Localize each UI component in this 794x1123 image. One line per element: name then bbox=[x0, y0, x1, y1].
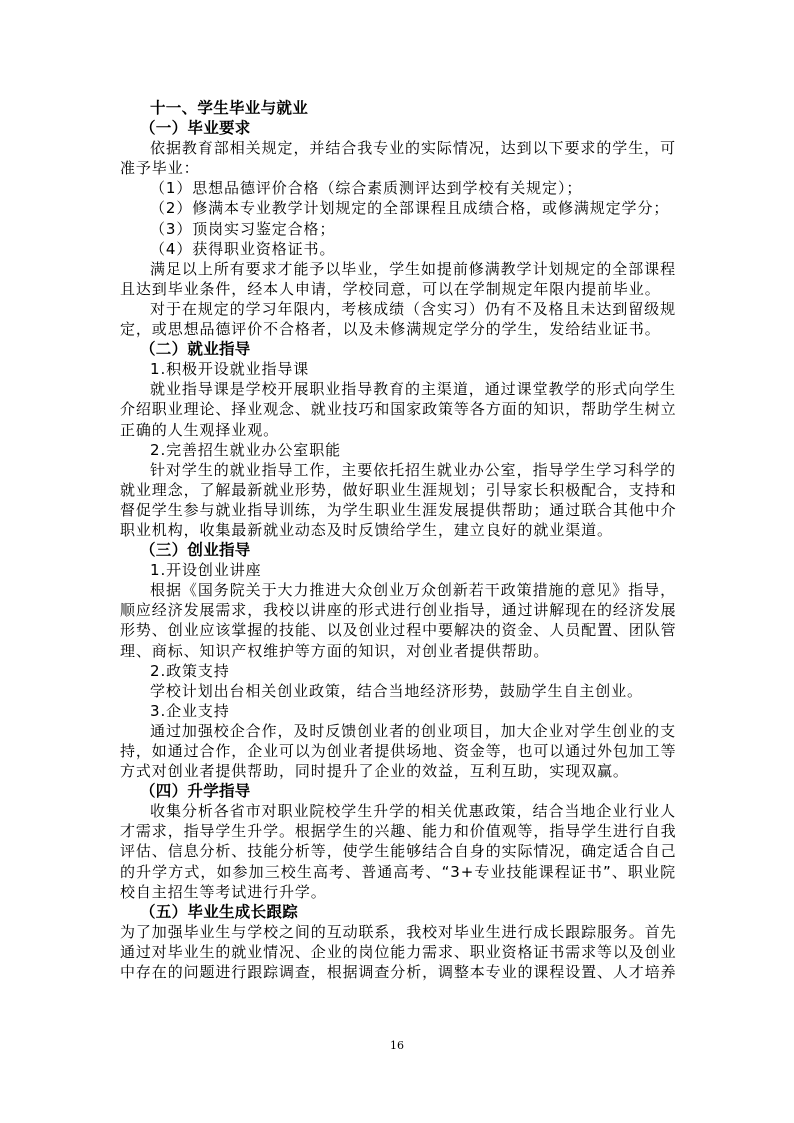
list-item: （3）顶岗实习鉴定合格； bbox=[120, 219, 676, 239]
paragraph-line: 才需求，指导学生升学。根据学生的兴趣、能力和价值观等，指导学生进行自我 bbox=[120, 821, 676, 841]
paragraph-line: 督促学生参与就业指导训练，为学生职业生涯发展提供帮助；通过联合其他中介 bbox=[120, 500, 676, 520]
item-heading: 3.企业支持 bbox=[120, 701, 676, 721]
paragraph-line: 满足以上所有要求才能予以毕业，学生如提前修满教学计划规定的全部课程 bbox=[120, 259, 676, 279]
item-heading: 1.积极开设就业指导课 bbox=[120, 359, 676, 379]
paragraph-line: 定，或思想品德评价不合格者，以及未修满规定学分的学生，发给结业证书。 bbox=[120, 319, 676, 339]
item-heading: 2.完善招生就业办公室职能 bbox=[120, 440, 676, 460]
paragraph-line: 且达到毕业条件，经本人申请，学校同意，可以在学制规定年限内提前毕业。 bbox=[120, 279, 676, 299]
paragraph-line: 通过加强校企合作，及时反馈创业者的创业项目，加大企业对学生创业的支 bbox=[120, 721, 676, 741]
page-number: 16 bbox=[0, 1039, 794, 1052]
paragraph-line: 学校计划出台相关创业政策，结合当地经济形势，鼓励学生自主创业。 bbox=[120, 681, 676, 701]
item-heading: 2.政策支持 bbox=[120, 661, 676, 681]
page-content: 十一、学生毕业与就业 （一）毕业要求 依据教育部相关规定，并结合我专业的实际情况… bbox=[120, 98, 676, 982]
paragraph-line: 介绍职业理论、择业观念、就业技巧和国家政策等各方面的知识，帮助学生树立 bbox=[120, 399, 676, 419]
paragraph-line: 准予毕业： bbox=[120, 158, 676, 178]
paragraph-line: 对于在规定的学习年限内，考核成绩（含实习）仍有不及格且未达到留级规 bbox=[120, 299, 676, 319]
paragraph-line: 就业理念，了解最新就业形势，做好职业生涯规划；引导家长积极配合，支持和 bbox=[120, 480, 676, 500]
paragraph-line: 为了加强毕业生与学校之间的互动联系，我校对毕业生进行成长跟踪服务。首先 bbox=[120, 922, 676, 942]
paragraph-line: 评估、信息分析、技能分析等，使学生能够结合自身的实际情况，确定适合自己 bbox=[120, 841, 676, 861]
list-item: （2）修满本专业教学计划规定的全部课程且成绩合格，或修满规定学分； bbox=[120, 198, 676, 218]
subsection-heading-graduation-requirements: （一）毕业要求 bbox=[120, 118, 676, 138]
list-item: （4）获得职业资格证书。 bbox=[120, 239, 676, 259]
subsection-heading-employment-guidance: （二）就业指导 bbox=[120, 339, 676, 359]
paragraph-line: 通过对毕业生的就业情况、企业的岗位能力需求、职业资格证书需求等以及创业 bbox=[120, 942, 676, 962]
subsection-heading-entrepreneurship-guidance: （三）创业指导 bbox=[120, 540, 676, 560]
subsection-heading-further-study-guidance: （四）升学指导 bbox=[120, 781, 676, 801]
paragraph-line: 收集分析各省市对职业院校学生升学的相关优惠政策，结合当地企业行业人 bbox=[120, 801, 676, 821]
paragraph-line: 就业指导课是学校开展职业指导教育的主渠道，通过课堂教学的形式向学生 bbox=[120, 379, 676, 399]
paragraph-line: 形势、创业应该掌握的技能、以及创业过程中要解决的资金、人员配置、团队管 bbox=[120, 620, 676, 640]
item-heading: 1.开设创业讲座 bbox=[120, 560, 676, 580]
document-page: 十一、学生毕业与就业 （一）毕业要求 依据教育部相关规定，并结合我专业的实际情况… bbox=[0, 0, 794, 1123]
section-title: 十一、学生毕业与就业 bbox=[120, 98, 676, 118]
paragraph-line: 职业机构，收集最新就业动态及时反馈给学生，建立良好的就业渠道。 bbox=[120, 520, 676, 540]
paragraph-line: 理、商标、知识产权维护等方面的知识，对创业者提供帮助。 bbox=[120, 641, 676, 661]
paragraph-line: 根据《国务院关于大力推进大众创业万众创新若干政策措施的意见》指导， bbox=[120, 580, 676, 600]
paragraph-line: 依据教育部相关规定，并结合我专业的实际情况，达到以下要求的学生，可 bbox=[120, 138, 676, 158]
paragraph-line: 的升学方式，如参加三校生高考、普通高考、“3+专业技能课程证书”、职业院 bbox=[120, 862, 676, 882]
paragraph-line: 中存在的问题进行跟踪调查，根据调查分析，调整本专业的课程设置、人才培养 bbox=[120, 962, 676, 982]
paragraph-line: 正确的人生观择业观。 bbox=[120, 420, 676, 440]
paragraph-line: 方式对创业者提供帮助，同时提升了企业的效益，互利互助，实现双赢。 bbox=[120, 761, 676, 781]
paragraph-line: 持，如通过合作，企业可以为创业者提供场地、资金等，也可以通过外包加工等 bbox=[120, 741, 676, 761]
paragraph-line: 校自主招生等考试进行升学。 bbox=[120, 882, 676, 902]
paragraph-line: 针对学生的就业指导工作，主要依托招生就业办公室，指导学生学习科学的 bbox=[120, 460, 676, 480]
subsection-heading-graduate-tracking: （五）毕业生成长跟踪 bbox=[120, 902, 676, 922]
paragraph-line: 顺应经济发展需求，我校以讲座的形式进行创业指导，通过讲解现在的经济发展 bbox=[120, 600, 676, 620]
list-item: （1）思想品德评价合格（综合素质测评达到学校有关规定）； bbox=[120, 178, 676, 198]
